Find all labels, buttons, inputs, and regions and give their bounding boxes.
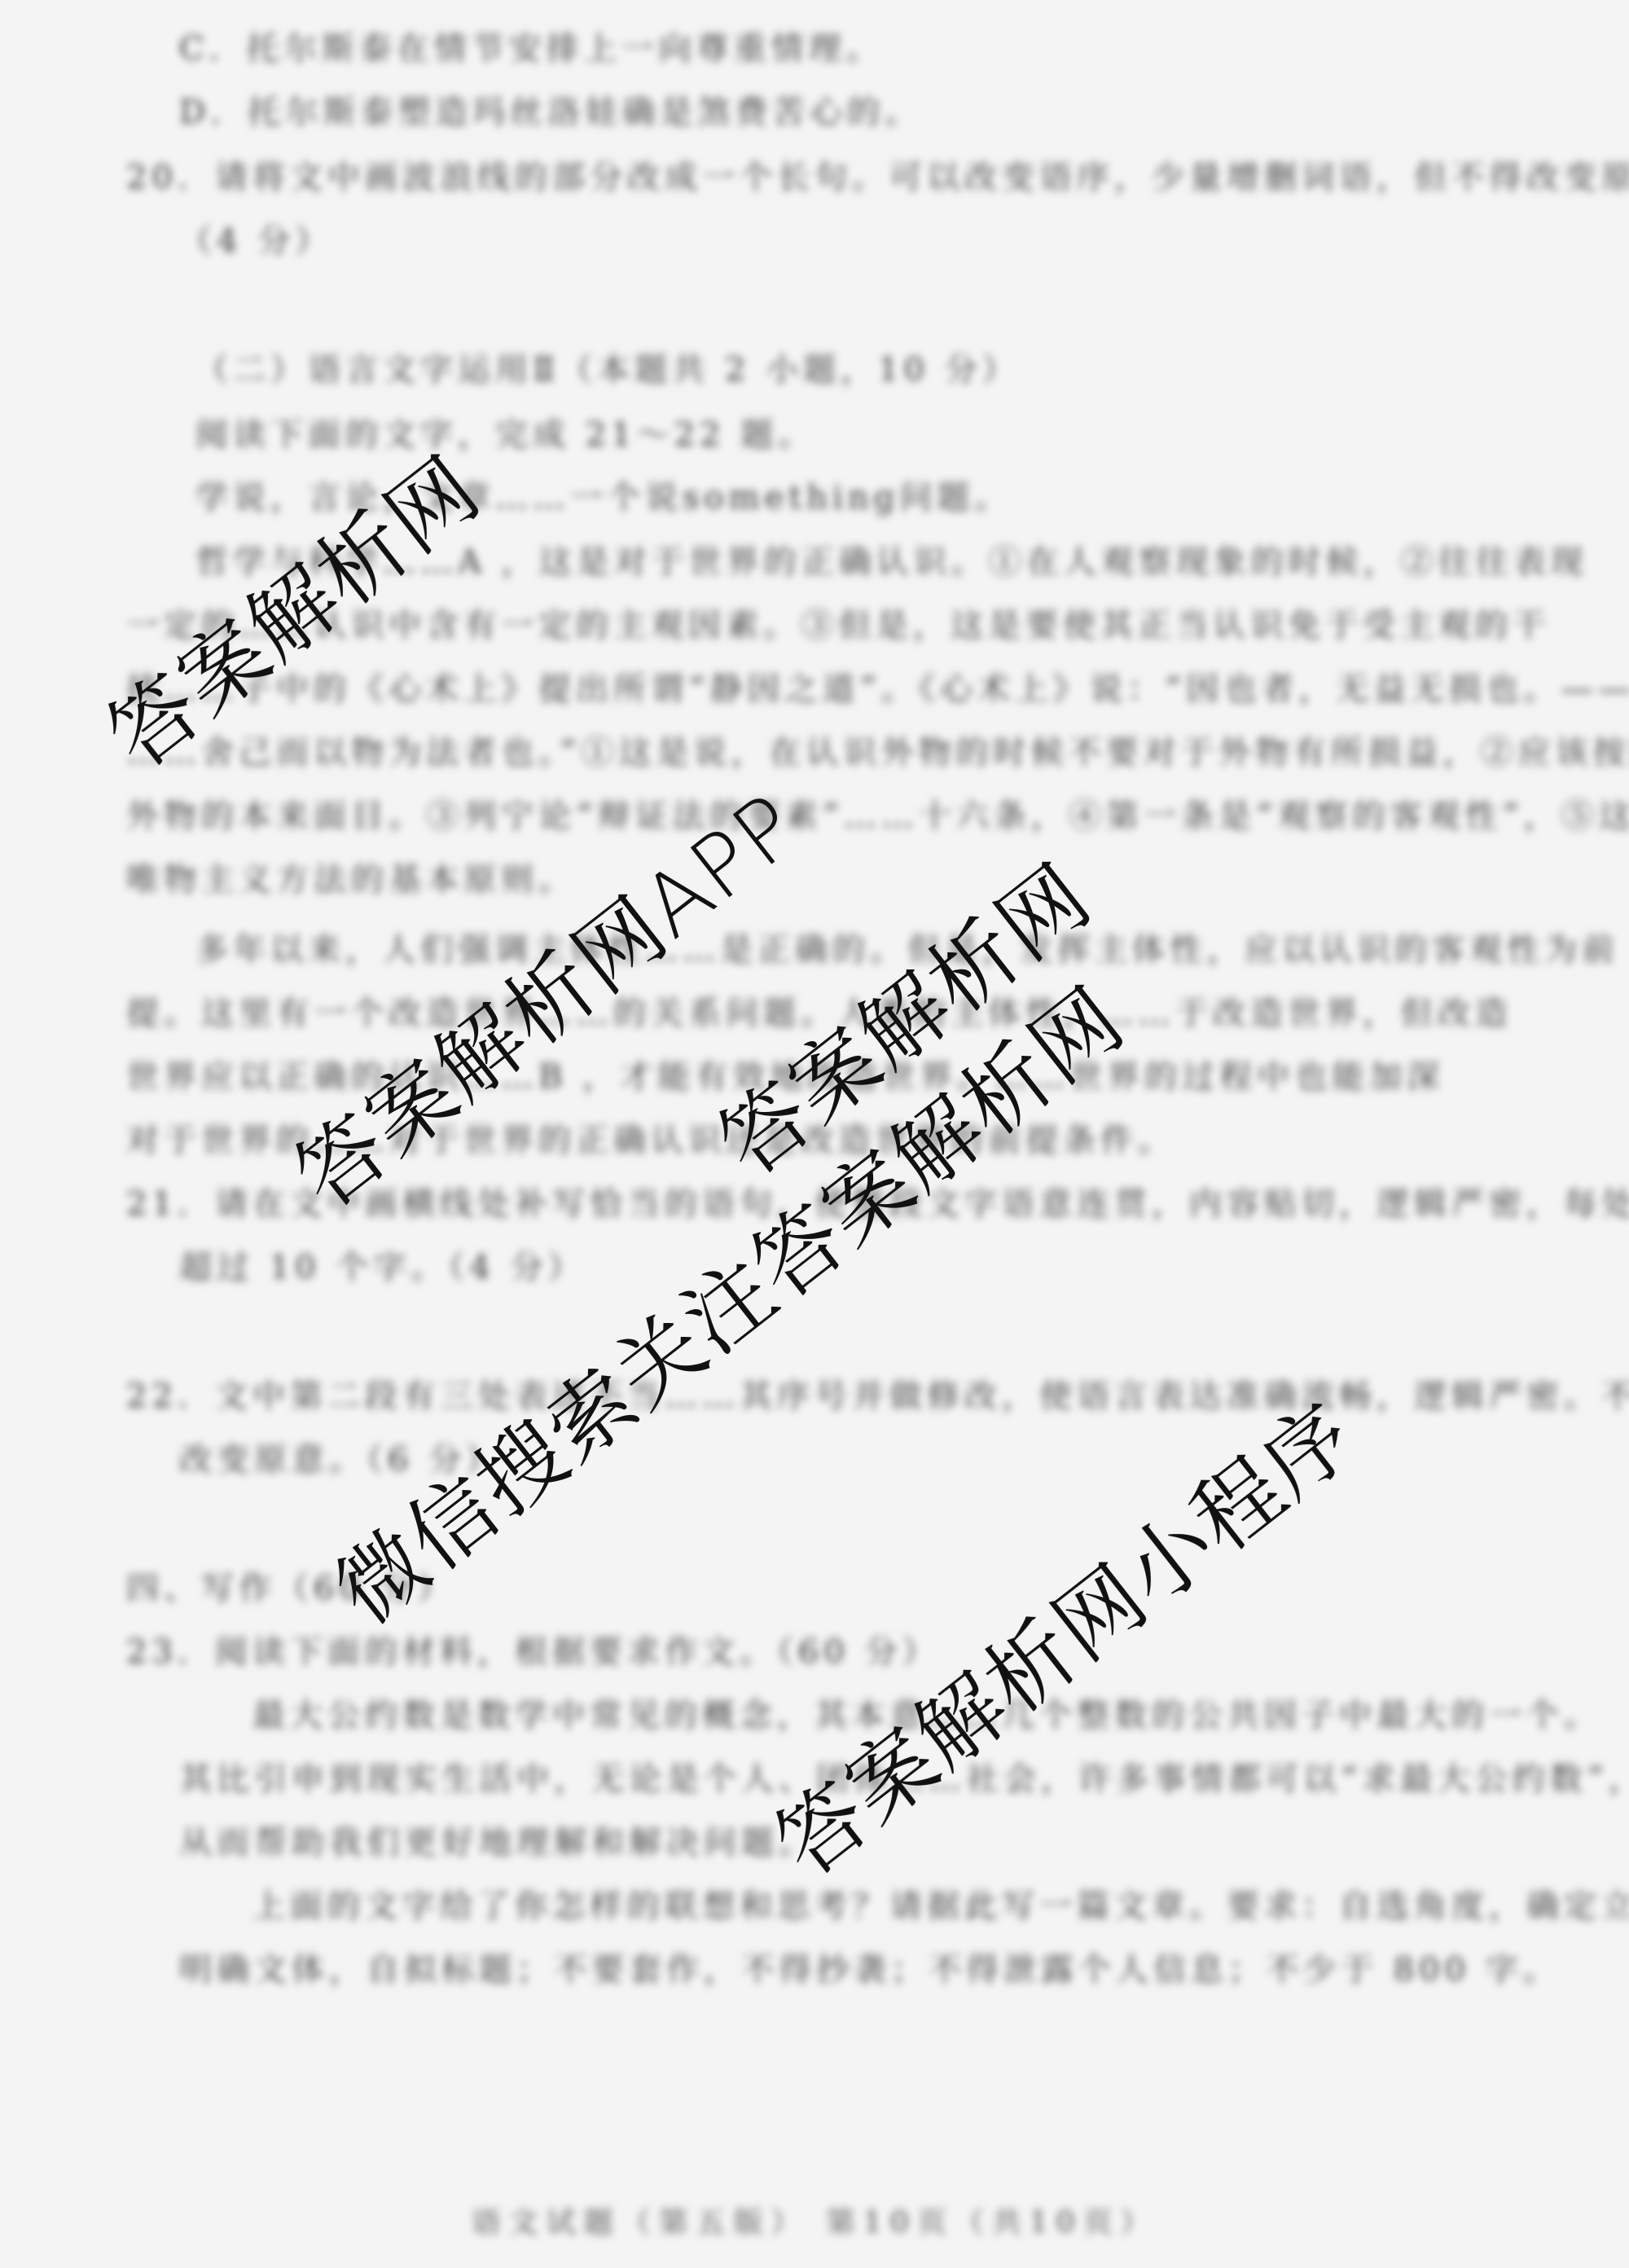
text-line: D．托尔斯泰塑造玛丝洛娃确是煞费苦心的。 xyxy=(179,91,922,134)
text-line: 超过 10 个字。（4 分） xyxy=(179,1246,586,1289)
text-line: 扰……子中的《心术上》提出所谓“静因之道”。《心术上》说：“因也者，无益无损也。… xyxy=(126,668,1629,710)
text-line: 唯物主义方法的基本原则。 xyxy=(126,859,576,901)
page-footer: 语文试题（第五版） 第10页（共10页） xyxy=(0,2200,1629,2241)
text-line: 20．请将文中画波浪线的部分改成一个长句。可以改变语序，少量增删词语，但不得改变… xyxy=(126,156,1629,199)
text-line: 从而帮助我们更好地理解和解决问题。 xyxy=(179,1822,816,1864)
text-line: 22．文中第二段有三处表述不当……其序号并做修改，使语言表达准确流畅，逻辑严密。… xyxy=(126,1375,1629,1417)
text-line: 阅读下面的文字，完成 21～22 题。 xyxy=(195,414,815,456)
text-line: 上面的文字给了你怎样的联想和思考？请据此写一篇文章。要求：自选角度，确定立意， xyxy=(252,1885,1629,1927)
text-line: 23．阅读下面的材料，根据要求作文。（60 分） xyxy=(126,1631,940,1673)
text-line: （二）语言文字运用Ⅱ（本题共 2 小题，10 分） xyxy=(195,349,1020,391)
text-line: 外物的本来面目。③列宁论“辩证法的要素”……十六条，④第一条是“观察的客观性”，… xyxy=(126,795,1629,837)
text-line: C．托尔斯泰在情节安排上一向尊重情理。 xyxy=(179,28,884,70)
text-line: ……舍己而以物为法者也。”①这是说，在认识外物的时候不要对于外物有所损益，②应该… xyxy=(126,732,1629,774)
text-line: （4 分） xyxy=(179,220,332,262)
text-line: 明确文体，自拟标题；不要套作，不得抄袭；不得泄露个人信息；不少于 800 字。 xyxy=(179,1949,1561,1991)
